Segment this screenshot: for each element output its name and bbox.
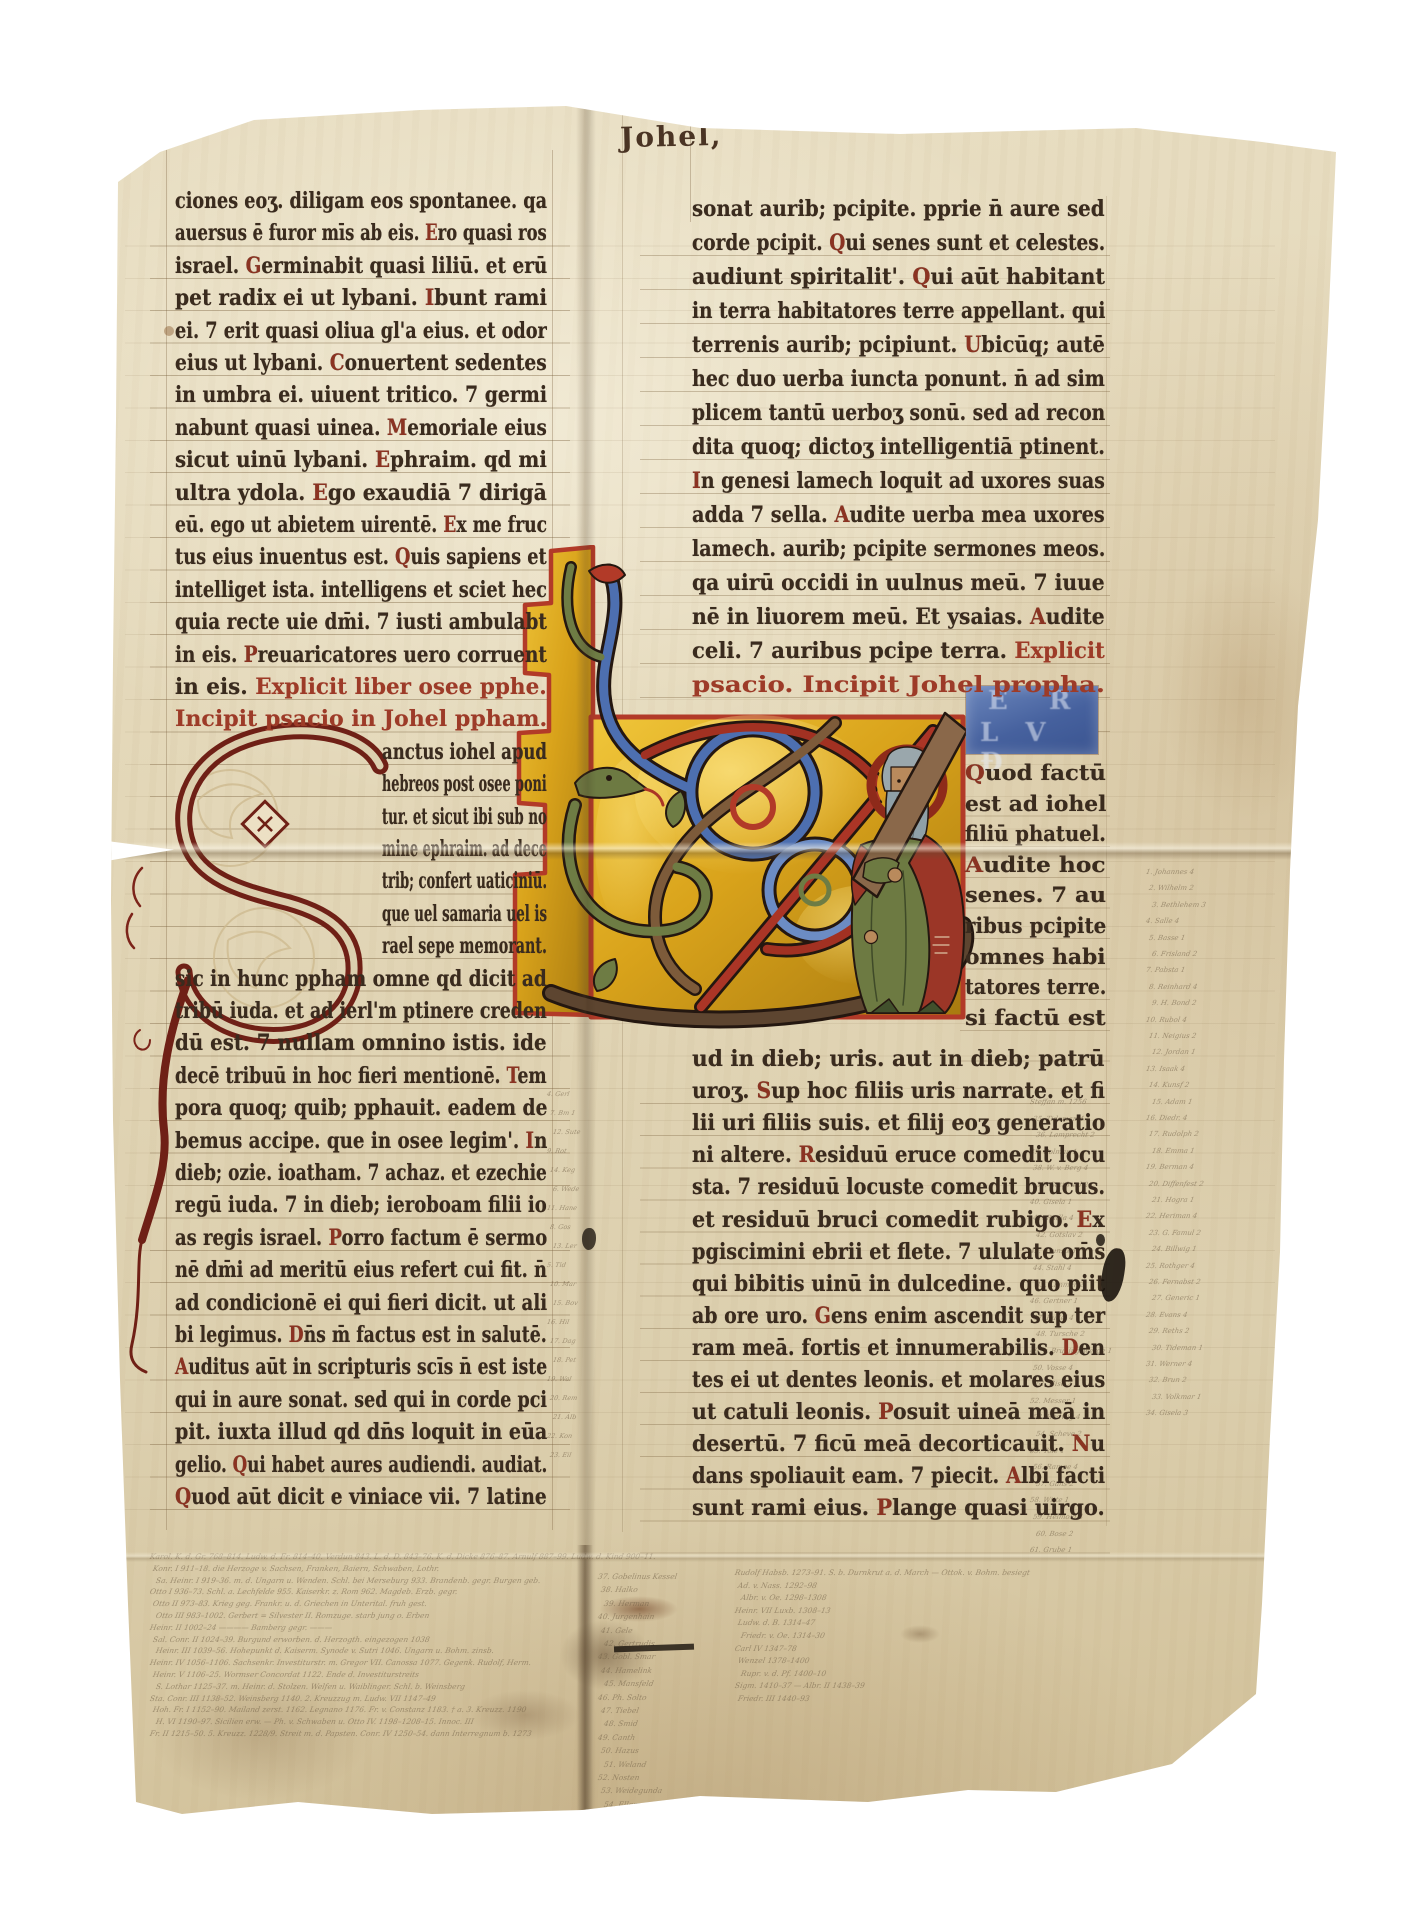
faint-cursive-annotation: 13. Isaak 4	[1145, 1065, 1185, 1073]
gothic-text-line: Quod aūt dicit e viniace vii. 7 latine	[175, 1484, 547, 1510]
faint-cursive-annotation: 10. Rubol 4	[1145, 1016, 1187, 1024]
gothic-text-line: eius ut lybani. Conuertent sedentes	[175, 350, 547, 376]
gothic-text-line: sonat aurib; pcipite. pprie n̄ aure sed	[692, 196, 1105, 222]
gothic-text-line: tribū iuda. et ad ierl'm ptinere creden	[175, 998, 547, 1024]
faint-cursive-annotation: 49. Canth	[597, 1733, 636, 1742]
stain	[900, 1625, 940, 1643]
ink-drip	[1096, 1234, 1105, 1246]
faint-cursive-annotation: 26. Fernabst 2	[1148, 1278, 1201, 1286]
gothic-text-line: qa uirū occidi in uulnus meū. 7 iuue	[692, 570, 1105, 596]
gothic-text-line: hebreos post osee poni	[382, 771, 547, 797]
gothic-text-line: desertū. 7 ficū meā decorticauit. Nu	[692, 1431, 1105, 1457]
faint-cursive-annotation: Ludw. d. B. 1314–47	[737, 1618, 816, 1627]
faint-cursive-annotation: 18. Pet	[552, 1356, 576, 1364]
faint-cursive-annotation: Heinr. II 1002–24 ———— Bamberg gegr. ———	[149, 1623, 333, 1632]
faint-cursive-annotation: Wenzel 1378–1400	[737, 1656, 810, 1665]
gothic-text-line: tes ei ut dentes leonis. et molares eius	[692, 1367, 1105, 1393]
faint-cursive-annotation: 14. Keg	[549, 1166, 576, 1174]
gothic-text-line: ciones eoʒ. diligam eos spontanee. qa	[175, 188, 547, 214]
faint-cursive-annotation: 37. Gobelinus Kessel	[597, 1572, 678, 1581]
gothic-text-line: ram meā. fortis et innumerabilis. Den	[692, 1335, 1105, 1361]
gothic-text-line: hec duo uerba iuncta ponunt. n̄ ad sim	[692, 366, 1105, 392]
gothic-text-line: in umbra ei. uiuent tritico. 7 germi	[175, 382, 547, 408]
faint-cursive-annotation: 11. Neigius 2	[1148, 1032, 1197, 1040]
faint-cursive-annotation: 7. Bm 1	[549, 1109, 576, 1117]
manuscript-leaf: Johel, ciones eoʒ. diligam eos spontanee…	[0, 0, 1425, 1920]
faint-cursive-annotation: 43. Gobl. Smar	[597, 1652, 656, 1661]
faint-cursive-annotation: Otto I 936–73. Schl. a. Lechfelde 955. K…	[149, 1587, 458, 1596]
faint-cursive-annotation: 14. Kunsf 2	[1148, 1081, 1190, 1089]
gothic-text-line: ab ore uro. Gens enim ascendit sup ter	[692, 1303, 1105, 1329]
faint-cursive-annotation: 44. Hamelink	[600, 1666, 653, 1675]
faint-cursive-annotation: 16. Hil	[546, 1318, 570, 1326]
gothic-text-line: audiunt spiritalit'. Qui aūt habitant	[692, 264, 1105, 290]
gothic-text-line: rael sepe memorant.	[382, 933, 547, 959]
faint-cursive-annotation: 6. Wede	[552, 1185, 580, 1193]
faint-cursive-annotation: 20. Rem	[549, 1394, 578, 1402]
faint-cursive-annotation: 3. Bethlehem 3	[1151, 901, 1206, 909]
faint-cursive-annotation: Rupr. v. d. Pf. 1400–10	[740, 1669, 827, 1678]
faint-cursive-annotation: Sigm. 1410–37 — Albr. II 1438–39	[734, 1681, 865, 1690]
gothic-text-line: si factū est	[965, 1005, 1106, 1030]
faint-cursive-annotation: 13. Ler	[552, 1242, 577, 1250]
faint-cursive-annotation: Heinr. V 1106–25. Wormser Concordat 1122…	[152, 1670, 420, 1679]
ink-smudge	[582, 1228, 596, 1250]
gothic-text-line: Incipit psacio in Johel ppham.	[175, 706, 547, 732]
faint-cursive-annotation: 22. Kon	[546, 1432, 573, 1440]
stain	[1160, 560, 1330, 820]
faint-cursive-annotation: 5. Tid	[546, 1261, 566, 1269]
vertical-ruling	[166, 150, 167, 1530]
faint-cursive-annotation: 29. Reths 2	[1148, 1327, 1190, 1335]
gothic-text-line: terrenis aurib; pcipiunt. Ubicūq; autē	[692, 332, 1105, 358]
vertical-ruling	[1106, 196, 1107, 1526]
gothic-text-line: decē tribuū in hoc fieri mentionē. Tem	[175, 1063, 547, 1089]
gothic-text-line: dieb; ozie. ioatham. 7 achaz. et ezechie	[175, 1160, 547, 1186]
faint-cursive-annotation: 53. Weidegunda	[600, 1786, 663, 1795]
faint-cursive-annotation: 6. Frisland 2	[1151, 950, 1197, 958]
faint-cursive-annotation: Albr. v. Oe. 1298–1308	[740, 1593, 827, 1602]
gothic-text-line: ut catuli leonis. Posuit uineā meā in	[692, 1399, 1105, 1425]
faint-cursive-annotation: Heinr. VII Luxb. 1308–13	[734, 1606, 831, 1615]
faint-cursive-annotation: 22. Heriman 4	[1145, 1212, 1198, 1220]
gothic-text-line: trib; confert uaticiniū.	[382, 868, 547, 894]
photo-backdrop: Johel, ciones eoʒ. diligam eos spontanee…	[0, 0, 1425, 1920]
faint-cursive-annotation: Sta. Conr. III 1138–52. Weinsberg 1140. …	[149, 1694, 436, 1703]
faint-cursive-annotation: Otto II 973–83. Krieg geg. Frankr. u. d.…	[152, 1599, 428, 1608]
gothic-text-line: pora quoq; quib; pphauit. eadem de	[175, 1095, 547, 1121]
faint-cursive-annotation: Ad. v. Nass. 1292–98	[737, 1581, 818, 1590]
faint-cursive-annotation: Fr. II 1215–50. 5. Kreuzz. 1228/9. Strei…	[149, 1729, 532, 1738]
faint-cursive-annotation: 50. Hazus	[600, 1746, 640, 1755]
ruling-lines-left-column	[150, 214, 570, 1514]
faint-cursive-annotation: 47. Tiebel	[600, 1706, 639, 1715]
faint-cursive-annotation: 1. Johannes 4	[1145, 868, 1194, 876]
faint-cursive-annotation: 21. Alb	[552, 1413, 577, 1421]
gothic-text-line: ud in dieb; uris. aut in dieb; patrū	[692, 1046, 1105, 1072]
running-title: Johel,	[620, 119, 723, 154]
faint-cursive-annotation: 61. Grube 1	[1029, 1546, 1073, 1554]
faint-cursive-annotation: 17. Rudolph 2	[1148, 1130, 1199, 1138]
gothic-text-line: ultra ydola. Ego exaudiā 7 dirigā	[175, 480, 547, 506]
gothic-text-line: senes. 7 au	[965, 882, 1106, 907]
gothic-text-line: lii uri filiis suis. et filij eoʒ genera…	[692, 1110, 1105, 1136]
faint-cursive-annotation: 46. Ph. Solto	[597, 1693, 647, 1702]
gothic-text-line: celi. 7 auribus pcipe terra. Explicit	[692, 638, 1105, 664]
faint-cursive-annotation: Konr. I 911–18. die Herzoge v. Sachsen, …	[152, 1564, 440, 1573]
faint-cursive-annotation: 52. Nosten	[597, 1773, 640, 1782]
gothic-text-line: as regis israel. Porro factum ē sermo	[175, 1225, 547, 1251]
faint-cursive-annotation: Sa. Heinr. I 919–36. m. d. Ungarn u. Wen…	[155, 1576, 541, 1585]
faint-cursive-annotation: 48. Smid	[603, 1719, 638, 1728]
gothic-text-line: tur. et sicut ibi sub no	[382, 804, 547, 830]
gothic-text-line: sicut uinū lybani. Ephraim. qd mi	[175, 447, 547, 473]
gothic-text-line: filiū phatuel.	[965, 821, 1106, 846]
gothic-text-line: pgiscimini ebrii et flete. 7 ululate om̄…	[692, 1239, 1105, 1265]
gothic-text-line: est ad iohel	[965, 791, 1106, 816]
gothic-text-line: eū. ego ut abietem uirentē. Ex me fruc	[175, 512, 547, 538]
vertical-fold-crease	[576, 0, 596, 1920]
faint-cursive-annotation: 45. Mansfeld	[603, 1679, 654, 1688]
gothic-text-line: pet radix ei ut lybani. Ibunt rami	[175, 285, 547, 311]
gothic-text-line: corde pcipit. Qui senes sunt et celestes…	[692, 230, 1105, 256]
gothic-text-line: sic in hunc ppham omne qd dicit ad	[175, 966, 547, 992]
gothic-text-line: anctus iohel apud	[382, 739, 547, 765]
gothic-text-line: ei. 7 erit quasi oliua gl'a eius. et odo…	[175, 318, 547, 344]
faint-cursive-annotation: 19. Wal	[546, 1375, 572, 1383]
gothic-text-line: adda 7 sella. Audite uerba mea uxores	[692, 502, 1105, 528]
faint-cursive-annotation: 40. Jurgenhain	[597, 1612, 655, 1621]
faint-cursive-annotation: Rudolf Habsb. 1273–91. S. b. Durnkrut a.…	[734, 1568, 1031, 1577]
faint-cursive-annotation: 16. Diedr. 4	[1145, 1114, 1188, 1122]
faint-cursive-annotation: Heinr. III 1039–56. Hohepunkt d. Kaiserm…	[155, 1646, 495, 1655]
prophet-figure	[852, 713, 967, 1013]
gothic-text-line: sta. 7 residuū locuste comedit brucus.	[692, 1174, 1105, 1200]
faint-cursive-annotation: 17. Dag	[549, 1337, 576, 1345]
gothic-text-line: in eis. Preuaricatores uero corruent	[175, 642, 547, 668]
faint-cursive-annotation: 51. Weland	[603, 1760, 647, 1769]
faint-cursive-annotation: 39. Herman	[603, 1599, 650, 1608]
gothic-text-line: que uel samaria uel is	[382, 901, 547, 927]
faint-cursive-annotation: S. Lothar 1125–37. m. Heinr. d. Stolzen.…	[155, 1682, 466, 1691]
faint-cursive-annotation: 9. Rot	[546, 1147, 567, 1155]
faint-cursive-annotation: Carl IV 1347–78	[734, 1644, 797, 1653]
gothic-text-line: gelio. Qui habet aures audiendi. audiat.	[175, 1452, 547, 1478]
gothic-text-line: sunt rami eius. Plange quasi uirgo.	[692, 1495, 1105, 1521]
faint-cursive-annotation: 60. Bose 2	[1035, 1530, 1074, 1538]
gothic-text-line: ad condicionē ei qui fieri dicit. ut ali	[175, 1290, 547, 1316]
faint-cursive-annotation: 32. Brun 2	[1148, 1376, 1187, 1384]
gold-ground	[591, 717, 963, 1017]
gothic-text-line: psacio. Incipit Johel propha.	[692, 672, 1105, 698]
gothic-text-line: Audite hoc	[965, 852, 1106, 877]
faint-cursive-annotation: 18. Emma 1	[1151, 1147, 1195, 1155]
faint-cursive-annotation: 5. Basse 1	[1148, 934, 1186, 942]
faint-cursive-annotation: 28. Evans 4	[1145, 1311, 1188, 1319]
faint-cursive-annotation: 15. Bov	[552, 1299, 578, 1307]
faint-cursive-annotation: 15. Adam 1	[1151, 1098, 1193, 1106]
gothic-text-line: dita quoq; dictoʒ intelligentiā ptinent.	[692, 434, 1105, 460]
faint-cursive-annotation: 25. Rothger 4	[1145, 1262, 1195, 1270]
faint-cursive-annotation: 33. Volkmar 1	[1151, 1393, 1202, 1401]
gothic-text-line: ribus pcipite	[965, 913, 1106, 938]
gothic-text-line: nē dm̄i ad meritū eius refert cui fit. n…	[175, 1257, 547, 1283]
faint-cursive-annotation: 12. Sute	[552, 1128, 581, 1136]
gothic-text-line: plicem tantū uerboʒ sonū. sed ad recon	[692, 400, 1105, 426]
faint-cursive-annotation: 23. Eil	[549, 1451, 572, 1459]
faint-cursive-annotation: Karol. K. d. Gr. 768–814. Ludw. d. Fr. 8…	[149, 1552, 656, 1561]
gothic-text-line: Quod factū	[965, 760, 1106, 785]
gothic-text-line: intelliget ista. intelligens et sciet he…	[175, 577, 547, 603]
gothic-text-line: uroʒ. Sup hoc filiis uris narrate. et fi	[692, 1078, 1105, 1104]
horizontal-fold-crease	[0, 842, 1425, 860]
gothic-text-line: mine ephraim. ad dece	[382, 836, 547, 862]
gothic-text-line: nē in liuorem meū. Et ysaias. Audite	[692, 604, 1105, 630]
gothic-text-line: qui bibitis uinū in dulcedine. quo piit	[692, 1271, 1105, 1297]
faint-cursive-annotation: 24. Billwig 1	[1151, 1245, 1197, 1253]
faint-cursive-annotation: Otto III 983–1002. Gerbert = Silvester I…	[155, 1611, 430, 1620]
fold-split-gap	[104, 838, 174, 864]
gothic-text-line: lamech. aurib; pcipite sermones meos.	[692, 536, 1105, 562]
gothic-text-line: nabunt quasi uinea. Memoriale eius	[175, 415, 547, 441]
faint-cursive-annotation: 54. Ellermestadt	[603, 1800, 668, 1809]
faint-cursive-annotation: 23. G. Famul 2	[1148, 1229, 1201, 1237]
faint-cursive-annotation: 21. Hogra 1	[1151, 1196, 1195, 1204]
faint-cursive-annotation: Friedr. III 1440–93	[737, 1694, 810, 1703]
faint-cursive-annotation: Sal. Conr. II 1024–39. Burgund erworben.…	[152, 1635, 430, 1644]
faint-cursive-annotation: 8. Reinhard 4	[1148, 983, 1198, 991]
faint-cursive-annotation: 30. Tideman 1	[1151, 1344, 1203, 1352]
faint-cursive-annotation: 7. Pabsta 1	[1145, 966, 1186, 974]
faint-cursive-annotation: 31. Werner 4	[1145, 1360, 1193, 1368]
dragon-head-icon	[575, 768, 663, 805]
faint-cursive-annotation: 19. Berman 4	[1145, 1163, 1194, 1171]
gothic-text-line: et residuū bruci comedit rubigo. Ex	[692, 1207, 1105, 1233]
vertical-fold-crease-lower	[577, 1545, 593, 1813]
gothic-text-line: tus eius inuentus est. Quis sapiens et	[175, 544, 547, 570]
gothic-text-line: bi legimus. Dn̄s m̄ factus est in salutē…	[175, 1322, 547, 1348]
gothic-text-line: tatores terre.	[965, 974, 1106, 999]
faint-cursive-annotation: H. VI 1190–97. Sicilien erw. — Ph. v. Sc…	[155, 1717, 474, 1726]
faint-cursive-annotation: Heinr. IV 1056–1106. Sachsenkr. Investit…	[149, 1658, 532, 1667]
faint-cursive-annotation: 2. Wilhelm 2	[1148, 884, 1194, 892]
faint-cursive-annotation: 10. Mar	[549, 1280, 576, 1288]
gothic-text-line: quia recte uie dm̄i. 7 iusti ambulabt	[175, 609, 547, 635]
gothic-text-line: bemus accipe. que in osee legim'. In	[175, 1128, 547, 1154]
vertical-ruling	[622, 112, 623, 1532]
gothic-text-line: In genesi lamech loquit ad uxores suas	[692, 468, 1105, 494]
gothic-text-line: israel. Germinabit quasi liliū. et erū	[175, 253, 547, 279]
gothic-text-line: ni altere. Residuū eruce comedit locu	[692, 1142, 1105, 1168]
gothic-text-line: omnes habi	[965, 944, 1106, 969]
faint-cursive-annotation: 27. Generic 1	[1151, 1294, 1200, 1302]
gothic-text-line: dans spoliauit eam. 7 piecit. Albi facti	[692, 1463, 1105, 1489]
faint-cursive-annotation: 8. Gos	[549, 1223, 571, 1231]
faint-cursive-annotation: 34. Gisela 3	[1145, 1409, 1188, 1417]
gothic-text-line: regū iuda. 7 in dieb; ieroboam filii io	[175, 1192, 547, 1218]
faint-cursive-annotation: 9. H. Bond 2	[1151, 999, 1197, 1007]
gothic-text-line: in terra habitatores terre appellant. qu…	[692, 298, 1105, 324]
faint-cursive-annotation: 4. Salle 4	[1145, 917, 1180, 925]
faint-cursive-annotation: 20. Diffenfest 2	[1148, 1180, 1204, 1188]
faint-cursive-annotation: 41. Gele	[600, 1626, 633, 1635]
gothic-text-line: auersus ē furor mīs ab eis. Ero quasi ro…	[175, 220, 547, 246]
gothic-text-line: pit. iuxta illud qd dn̄s loquit in eūa	[175, 1419, 547, 1445]
gothic-text-line: qui in aure sonat. sed qui in corde pci	[175, 1387, 547, 1413]
faint-cursive-annotation: 38. Halko	[600, 1585, 638, 1594]
faint-cursive-annotation: 11. Hane	[546, 1204, 577, 1212]
faint-cursive-annotation: 4. Gerl	[546, 1090, 570, 1098]
gothic-text-line: Auditus aūt in scripturis scīs n̄ est is…	[175, 1354, 547, 1380]
faint-cursive-annotation: Friedr. v. Oe. 1314–30	[740, 1631, 825, 1640]
faint-cursive-annotation: 12. Jordan 1	[1151, 1048, 1196, 1056]
gothic-text-line: in eis. Explicit liber osee pphe.	[175, 674, 547, 700]
faint-cursive-annotation: Hoh. Fr. I 1152–90. Mailand zerst. 1162.…	[152, 1705, 527, 1714]
gothic-text-line: dū est. 7 nullam omnino istis. ide	[175, 1030, 547, 1056]
